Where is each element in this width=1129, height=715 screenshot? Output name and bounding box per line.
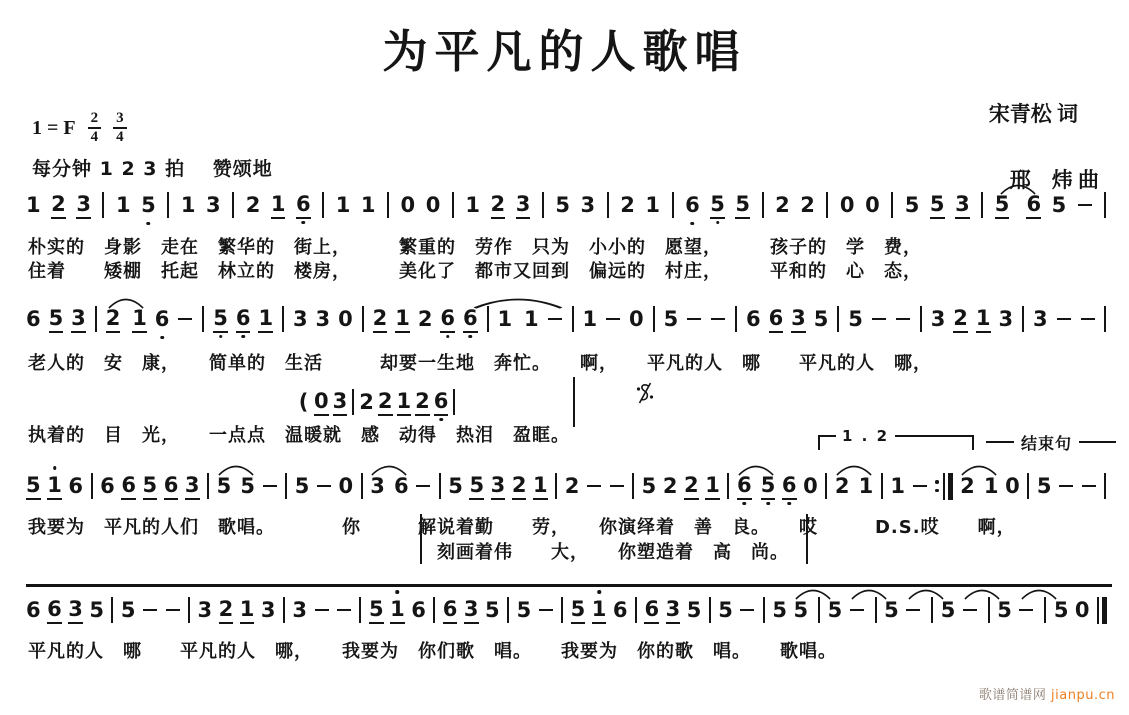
watermark-site-name: 歌谱简谱网 <box>979 688 1047 703</box>
note: 6 <box>746 306 761 332</box>
barline <box>387 192 389 218</box>
note: 1 <box>533 472 548 500</box>
note: 1 <box>498 306 513 332</box>
note: 1 <box>390 596 405 624</box>
note: 5 <box>448 473 463 499</box>
volta-bracket-1-2: 1 . 2 <box>818 435 974 450</box>
duration-dash <box>315 609 329 612</box>
barline <box>931 597 933 623</box>
note: 5 <box>687 597 702 623</box>
note: 3 <box>491 472 506 500</box>
slur-arc <box>794 588 832 600</box>
note: 5 <box>213 305 228 333</box>
note: 3 <box>370 473 385 499</box>
note: 6 <box>26 597 41 623</box>
low-octave-dot <box>147 222 151 226</box>
note: 2 <box>373 305 388 333</box>
note: 6 <box>443 596 458 624</box>
note: 2 <box>51 191 66 219</box>
note: 3 <box>931 306 946 332</box>
note: 6 <box>411 597 426 623</box>
note: 1 <box>132 305 147 333</box>
slur-arc <box>1020 588 1058 600</box>
barline <box>285 473 287 499</box>
volta-row: 1 . 2 结束句 <box>818 435 1116 454</box>
slur-arc <box>217 464 255 476</box>
note: 5 <box>995 191 1010 219</box>
key-tonic: 1 = F <box>32 117 76 140</box>
system-separator-line <box>26 584 1112 587</box>
lyrics-row-2: 老人的 安 康， 简单的 生活 却要一生地 奔忙。 啊， 平凡的人 哪 平凡的人… <box>28 352 932 376</box>
note: 6 <box>26 306 41 332</box>
verse-bracket-line-right <box>806 514 808 564</box>
note: 6 <box>296 191 311 219</box>
barline <box>1104 473 1106 499</box>
duration-dash <box>1078 204 1092 207</box>
duration-dash <box>317 485 331 488</box>
barline <box>672 192 674 218</box>
note: 6 <box>68 473 83 499</box>
low-octave-dot <box>787 502 791 506</box>
barline <box>1022 306 1024 332</box>
barline <box>826 192 828 218</box>
note: 0 <box>401 192 416 218</box>
slur-arc <box>370 464 408 476</box>
note: 2 <box>415 388 430 416</box>
segno-icon <box>636 381 654 405</box>
note: 5 <box>1052 192 1067 218</box>
duration-dash <box>850 609 864 612</box>
note: 0 <box>1005 473 1020 499</box>
note: 5 <box>642 473 657 499</box>
meter-2-denominator: 4 <box>113 129 127 146</box>
note: 6 <box>155 306 170 332</box>
duration-dash <box>740 609 754 612</box>
barline <box>202 306 204 332</box>
barline <box>207 473 209 499</box>
note: 5 <box>1037 473 1052 499</box>
high-octave-dot <box>53 466 57 470</box>
barline <box>542 192 544 218</box>
note: 1 <box>395 305 410 333</box>
low-octave-dot <box>446 335 450 339</box>
note: 6 <box>121 472 136 500</box>
low-octave-dot <box>160 336 164 340</box>
barline <box>362 306 364 332</box>
barline <box>1044 597 1046 623</box>
note: 3 <box>333 388 348 416</box>
meter-1-numerator: 2 <box>88 110 102 129</box>
repeat-barline <box>935 473 953 500</box>
note: 5 <box>761 472 776 500</box>
low-octave-dot <box>469 335 473 339</box>
lyrics-row-5: 平凡的人 哪 平凡的人 哪， 我要为 你们歌 唱。 我要为 你的歌 唱。 歌唱。 <box>28 640 837 664</box>
note: 2 <box>684 472 699 500</box>
note: 2 <box>565 473 580 499</box>
note: 6 <box>434 388 449 416</box>
note: 1 <box>465 192 480 218</box>
barline <box>1104 192 1106 218</box>
lyrics-row-3: 执着的 目 光， 一点点 温暖就 感 动得 热泪 盈眶。 <box>28 424 570 448</box>
barline <box>452 192 454 218</box>
note: 2 <box>378 388 393 416</box>
barline <box>433 597 435 623</box>
repeat-dots <box>935 480 939 492</box>
duration-dash <box>548 318 562 321</box>
note: 1 <box>976 305 991 333</box>
barline <box>188 597 190 623</box>
note: 5 <box>772 597 787 623</box>
note: 1 <box>336 192 351 218</box>
barline <box>361 473 363 499</box>
note: 3 <box>464 596 479 624</box>
barline <box>283 597 285 623</box>
note: 1 <box>116 192 131 218</box>
note: 6 <box>1026 191 1041 219</box>
note: 3 <box>791 305 806 333</box>
note: 1 <box>645 192 660 218</box>
duration-dash <box>143 609 157 612</box>
note: 1 <box>258 305 273 333</box>
duration-dash <box>337 609 351 612</box>
note: 5 <box>793 597 808 623</box>
note: 5 <box>485 597 500 623</box>
note: 2 <box>246 192 261 218</box>
note: 1 <box>240 596 255 624</box>
note: 6 <box>47 596 62 624</box>
ending-line-right <box>1079 441 1116 443</box>
note: 5 <box>469 472 484 500</box>
watermark-domain: jianpu.cn <box>1051 688 1115 703</box>
note: 6 <box>644 596 659 624</box>
meter-1: 2 4 <box>88 110 102 146</box>
music-line-3: 51666563555036553212522165602112105 <box>24 470 1110 502</box>
lyrics-row-4-line-2: 刻画着伟 大， 你塑造着 高 尚。 <box>437 541 789 565</box>
note: 1 <box>397 388 412 416</box>
barline <box>818 597 820 623</box>
note: 5 <box>930 191 945 219</box>
volta-label: 1 . 2 <box>836 427 895 445</box>
music-fragment: (0322126 <box>295 386 458 418</box>
note: 5 <box>884 597 899 623</box>
low-octave-dot <box>241 335 245 339</box>
barline <box>507 597 509 623</box>
note: 2 <box>800 192 815 218</box>
duration-dash <box>711 318 725 321</box>
barline-stroke <box>1097 597 1099 624</box>
slur-arc <box>850 588 888 600</box>
duration-dash <box>963 609 977 612</box>
ending-line-left <box>986 441 1014 443</box>
note: 3 <box>71 305 86 333</box>
note: 5 <box>89 597 104 623</box>
barline <box>359 597 361 623</box>
note: 3 <box>76 191 91 219</box>
lyrics-row-1-verse-1: 朴实的 身影 走在 繁华的 街上， 繁重的 劳作 只为 小小的 愿望， 孩子的 … <box>28 236 922 260</box>
music-line-1: 1231513216110012353216552200553565 <box>24 189 1110 221</box>
barline <box>735 306 737 332</box>
note: 5 <box>369 596 384 624</box>
note: 1 <box>859 473 874 499</box>
barline <box>561 597 563 623</box>
duration-dash <box>1019 609 1033 612</box>
barline <box>881 473 883 499</box>
note: 2 <box>219 596 234 624</box>
note: 2 <box>359 389 374 415</box>
low-octave-dot <box>743 502 747 506</box>
barline-stroke <box>943 473 945 500</box>
note: 0 <box>629 306 644 332</box>
duration-dash <box>1082 485 1096 488</box>
low-octave-dot <box>302 221 306 225</box>
duration-dash <box>906 609 920 612</box>
note: 0 <box>840 192 855 218</box>
note: 1 <box>583 306 598 332</box>
note: 5 <box>26 472 41 500</box>
barline <box>635 597 637 623</box>
note: 6 <box>440 305 455 333</box>
note: 3 <box>955 191 970 219</box>
duration-dash <box>263 485 277 488</box>
ending-label: 结束句 <box>1021 431 1072 454</box>
slur-arc <box>107 297 145 309</box>
note: 3 <box>185 472 200 500</box>
note: 5 <box>141 192 156 218</box>
low-octave-dot <box>219 335 223 339</box>
tempo-marking: 每分钟 1 2 3 拍 赞颂地 <box>32 154 273 181</box>
note: 5 <box>295 473 310 499</box>
note: 5 <box>828 597 843 623</box>
barline <box>653 306 655 332</box>
note: 0 <box>338 306 353 332</box>
barline <box>920 306 922 332</box>
barline <box>709 597 711 623</box>
final-barline <box>1097 597 1107 624</box>
barline <box>837 306 839 332</box>
note: 5 <box>240 473 255 499</box>
note: 1 <box>890 473 905 499</box>
key-signature: 1 = F 2 4 3 4 <box>32 110 127 146</box>
note: 6 <box>782 472 797 500</box>
barline <box>487 306 489 332</box>
slur-arc <box>737 464 775 476</box>
note: 2 <box>835 473 850 499</box>
barline <box>453 389 455 415</box>
note: 2 <box>775 192 790 218</box>
note: 0 <box>338 473 353 499</box>
note: 3 <box>197 597 212 623</box>
barline-stroke <box>948 473 953 500</box>
score-page: 为平凡的人歌唱 宋青松 词 邢 炜 曲 1 = F 2 4 3 4 每分钟 1 … <box>0 0 1129 715</box>
note: 3 <box>998 306 1013 332</box>
meter-2-numerator: 3 <box>113 110 127 129</box>
barline <box>439 473 441 499</box>
duration-dash <box>1057 318 1071 321</box>
low-octave-dot <box>766 502 770 506</box>
low-octave-dot <box>691 222 695 226</box>
note: 5 <box>905 192 920 218</box>
barline <box>763 597 765 623</box>
note: 0 <box>865 192 880 218</box>
duration-dash <box>896 318 910 321</box>
barline <box>1104 306 1106 332</box>
barline <box>988 597 990 623</box>
note: 0 <box>1075 597 1090 623</box>
barline <box>322 192 324 218</box>
music-line-2: 65321656133021266111056635532133 <box>24 303 1110 335</box>
note: 5 <box>571 596 586 624</box>
note: 2 <box>960 473 975 499</box>
duration-dash <box>1081 318 1095 321</box>
note: 1 <box>271 191 286 219</box>
note: 0 <box>803 473 818 499</box>
barline <box>91 473 93 499</box>
note: 5 <box>49 305 64 333</box>
ending-phrase-bracket: 结束句 <box>986 435 1116 454</box>
note: 5 <box>997 597 1012 623</box>
duration-dash <box>872 318 886 321</box>
slur-arc <box>999 183 1037 195</box>
note: 6 <box>394 473 409 499</box>
duration-dash <box>610 485 624 488</box>
note: 6 <box>613 597 628 623</box>
barline <box>891 192 893 218</box>
barline <box>875 597 877 623</box>
note: 1 <box>524 306 539 332</box>
note: 5 <box>848 306 863 332</box>
note: 3 <box>261 597 276 623</box>
note: 3 <box>293 306 308 332</box>
barline <box>111 597 113 623</box>
note: 2 <box>620 192 635 218</box>
note: 2 <box>512 472 527 500</box>
barline <box>607 192 609 218</box>
barline <box>555 473 557 499</box>
note: 3 <box>68 596 83 624</box>
slur-arc <box>907 588 945 600</box>
lyrics-row-4-line-1: 我要为 平凡的人们 歌唱。 你 解说着勤 劳， 你演绎着 善 良。 哎 D.S.… <box>28 516 1016 540</box>
barline <box>232 192 234 218</box>
duration-dash <box>539 609 553 612</box>
note: 0 <box>426 192 441 218</box>
low-octave-dot <box>439 418 443 422</box>
barline <box>1027 473 1029 499</box>
barline <box>282 306 284 332</box>
duration-dash <box>178 318 192 321</box>
meter-2: 3 4 <box>113 110 127 146</box>
barline-stroke <box>1102 597 1107 624</box>
note: 2 <box>953 305 968 333</box>
note: 6 <box>100 473 115 499</box>
note: 5 <box>941 597 956 623</box>
meter-1-denominator: 4 <box>88 129 102 146</box>
low-octave-dot <box>716 221 720 225</box>
note: 5 <box>121 597 136 623</box>
note: 3 <box>316 306 331 332</box>
note: 6 <box>737 472 752 500</box>
note: 5 <box>217 473 232 499</box>
duration-dash <box>587 485 601 488</box>
slur-arc <box>960 464 998 476</box>
barline <box>102 192 104 218</box>
note: 5 <box>143 472 158 500</box>
duration-dash <box>687 318 701 321</box>
note: 5 <box>555 192 570 218</box>
note: 2 <box>418 306 433 332</box>
note: 1 <box>26 192 41 218</box>
duration-dash <box>416 485 430 488</box>
note: 6 <box>685 192 700 218</box>
high-octave-dot <box>597 590 601 594</box>
system-barline <box>573 377 575 427</box>
barline <box>762 192 764 218</box>
dot <box>935 480 939 484</box>
duration-dash <box>606 318 620 321</box>
note: ( <box>297 389 310 415</box>
note: 2 <box>491 191 506 219</box>
music-line-4: 66355321335166355516635555555550 <box>24 594 1110 626</box>
watermark: 歌谱简谱网 jianpu.cn <box>979 684 1115 703</box>
verse-bracket-line-left <box>420 514 422 564</box>
note: 3 <box>666 596 681 624</box>
note: 1 <box>984 473 999 499</box>
barline <box>352 389 354 415</box>
note: 2 <box>663 473 678 499</box>
note: 1 <box>361 192 376 218</box>
barline <box>981 192 983 218</box>
note: 2 <box>106 305 121 333</box>
note: 1 <box>181 192 196 218</box>
note: 3 <box>206 192 221 218</box>
note: 1 <box>47 472 62 500</box>
barline <box>632 473 634 499</box>
note: 5 <box>664 306 679 332</box>
note: 5 <box>1054 597 1069 623</box>
note: 5 <box>517 597 532 623</box>
note: 3 <box>516 191 531 219</box>
duration-dash <box>166 609 180 612</box>
note: 3 <box>581 192 596 218</box>
note: 6 <box>769 305 784 333</box>
high-octave-dot <box>396 590 400 594</box>
barline <box>825 473 827 499</box>
duration-dash <box>1059 485 1073 488</box>
note: 5 <box>718 597 733 623</box>
note: 0 <box>314 388 329 416</box>
lyrics-row-1-verse-2: 住着 矮棚 托起 林立的 楼房， 美化了 都市又回到 偏远的 村庄， 平和的 心… <box>28 260 922 284</box>
barline <box>95 306 97 332</box>
note: 6 <box>164 472 179 500</box>
duration-dash <box>913 485 927 488</box>
note: 5 <box>735 191 750 219</box>
note: 1 <box>705 472 720 500</box>
note: 5 <box>710 191 725 219</box>
note: 1 <box>592 596 607 624</box>
note: 3 <box>292 597 307 623</box>
slur-arc <box>470 297 566 309</box>
note: 6 <box>236 305 251 333</box>
slur-arc <box>963 588 1001 600</box>
note: 3 <box>1033 306 1048 332</box>
lyricist-credit: 宋青松 词 <box>989 102 1078 126</box>
slur-arc <box>835 464 873 476</box>
barline <box>572 306 574 332</box>
barline <box>167 192 169 218</box>
note: 6 <box>463 305 478 333</box>
dot <box>935 489 939 493</box>
song-title: 为平凡的人歌唱 <box>0 26 1129 78</box>
note: 5 <box>814 306 829 332</box>
